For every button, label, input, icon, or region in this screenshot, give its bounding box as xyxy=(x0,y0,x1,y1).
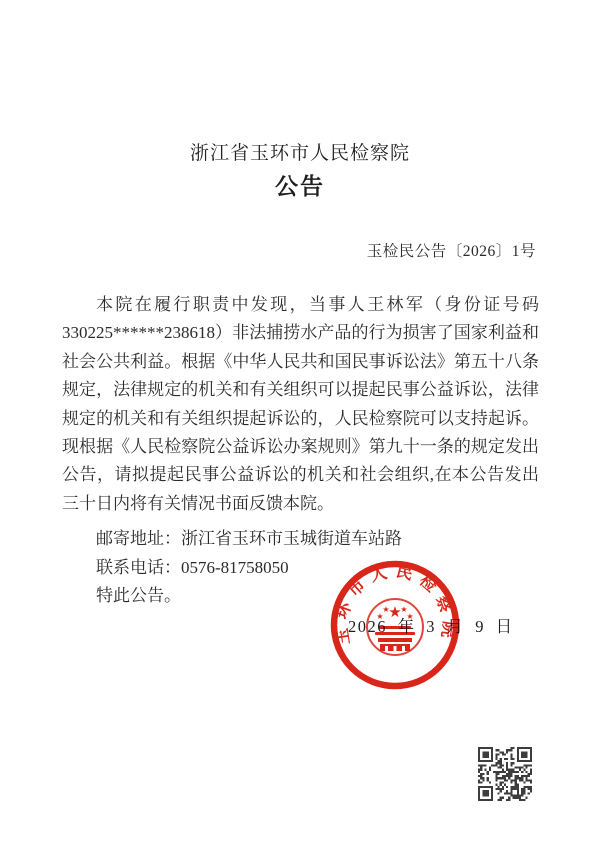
doc-title: 公告 xyxy=(0,168,600,201)
mailing-address: 邮寄地址：浙江省玉环市玉城街道车站路 xyxy=(62,525,539,554)
closing-line: 特此公告。 xyxy=(62,582,539,611)
contact-block: 邮寄地址：浙江省玉环市玉城街道车站路 联系电话：0576-81758050 特此… xyxy=(62,525,539,611)
org-name: 浙江省玉环市人民检察院 xyxy=(0,138,600,165)
issue-date: 2026 年 3 月 9 日 xyxy=(348,613,514,637)
announcement-document: 浙江省玉环市人民检察院 公告 玉检民公告〔2026〕1号 本院在履行职责中发现，… xyxy=(0,0,600,848)
contact-phone: 联系电话：0576-81758050 xyxy=(62,554,539,583)
qr-code xyxy=(478,747,532,801)
qr-code-icon xyxy=(478,747,532,801)
announcement-body: 本院在履行职责中发现，当事人王林军（身份证号码330225******23861… xyxy=(62,291,539,518)
doc-number: 玉检民公告〔2026〕1号 xyxy=(0,239,536,261)
